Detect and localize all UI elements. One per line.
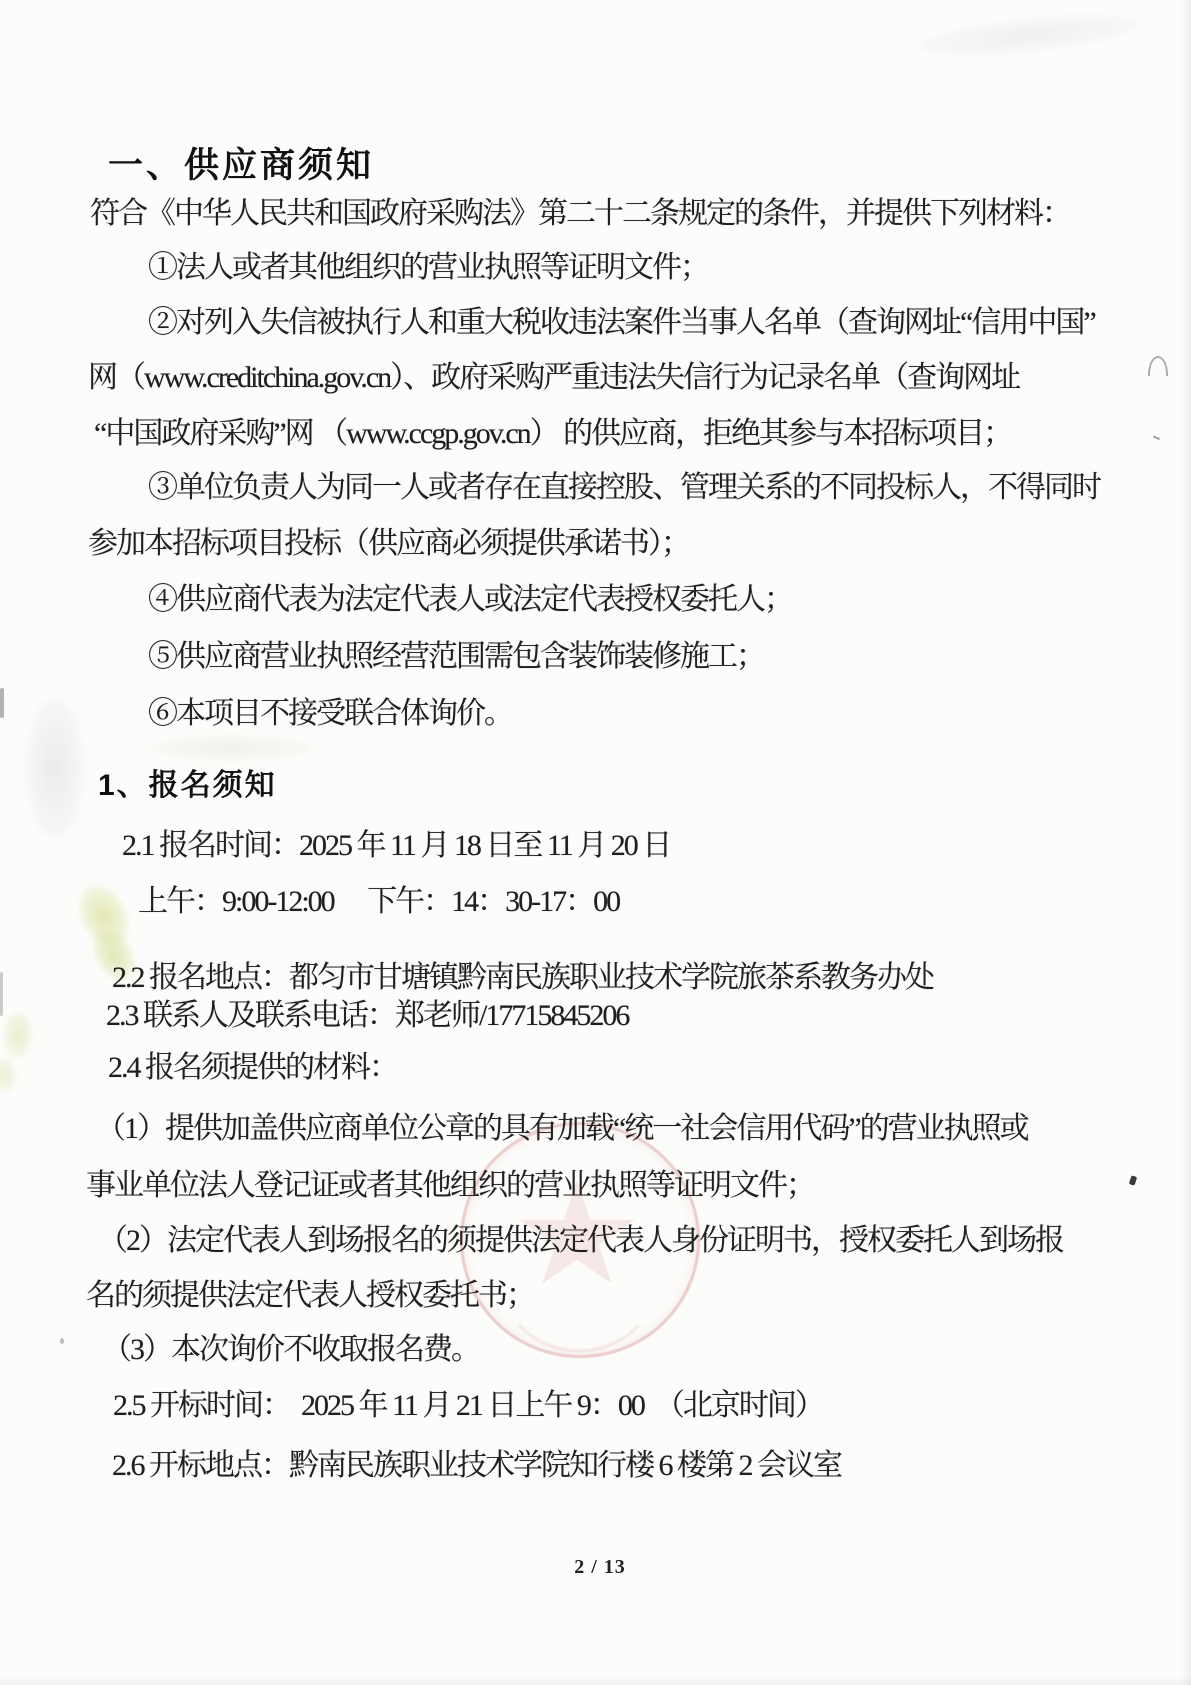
document-line: ②对列入失信被执行人和重大税收违法案件当事人名单（查询网址“信用中国” <box>148 297 1095 341</box>
document-line: （3）本次询价不收取报名费。 <box>102 1324 479 1368</box>
section-1-heading: 一、供应商须知 <box>108 138 374 188</box>
document-line: 2.4 报名须提供的材料： <box>108 1042 397 1086</box>
document-line: 网（www.creditchina.gov.cn）、政府采购严重违法失信行为记录… <box>88 352 1019 396</box>
document-line: （1）提供加盖供应商单位公章的具有加载“统一社会信用代码”的营业执照或 <box>96 1103 1028 1147</box>
document-line: 2.1 报名时间：2025 年 11 月 18 日至 11 月 20 日 <box>122 820 670 864</box>
scanned-document-page: 一、供应商须知 符合《中华人民共和国政府采购法》第二十二条规定的条件，并提供下列… <box>0 0 1191 1685</box>
document-line: ③单位负责人为同一人或者存在直接控股、管理关系的不同投标人，不得同时 <box>148 462 1100 506</box>
scan-smudge <box>150 735 310 761</box>
document-line: 2.6 开标地点：黔南民族职业技术学院知行楼 6 楼第 2 会议室 <box>112 1440 841 1484</box>
document-line: 2.5 开标时间： 2025 年 11 月 21 日上午 9：00 （北京时间） <box>113 1380 823 1424</box>
document-line: 参加本招标项目投标（供应商必须提供承诺书）； <box>88 518 689 562</box>
scan-stain <box>0 1058 16 1092</box>
scan-edge-shadow <box>0 1677 1191 1685</box>
scan-artifact <box>60 1338 64 1344</box>
document-line: 符合《中华人民共和国政府采购法》第二十二条规定的条件，并提供下列材料： <box>90 188 1070 232</box>
scan-stain <box>4 1012 32 1058</box>
page-number: 2 / 13 <box>540 1556 660 1579</box>
document-line: （2）法定代表人到场报名的须提供法定代表人身份证明书，授权委托人到场报 <box>98 1215 1063 1259</box>
document-line: 名的须提供法定代表人授权委托书； <box>86 1270 534 1314</box>
scan-artifact <box>1153 431 1162 440</box>
scan-artifact <box>1129 1175 1137 1185</box>
document-line: ⑤供应商营业执照经营范围需包含装饰装修施工； <box>148 631 764 675</box>
document-line: ①法人或者其他组织的营业执照等证明文件； <box>148 242 708 286</box>
section-2-heading: 1、报名须知 <box>98 760 277 804</box>
document-line: “中国政府采购”网 （www.ccgp.gov.cn） 的供应商，拒绝其参与本招… <box>94 408 1011 452</box>
scan-edge-mark <box>0 688 4 718</box>
document-line: ④供应商代表为法定代表人或法定代表授权委托人； <box>148 574 792 618</box>
scan-edge-shadow <box>1181 0 1191 1685</box>
scan-smudge <box>919 7 1141 64</box>
scan-smudge <box>26 698 84 838</box>
scan-artifact <box>1148 356 1168 376</box>
document-line: 事业单位法人登记证或者其他组织的营业执照等证明文件； <box>86 1160 814 1204</box>
document-line: ⑥本项目不接受联合体询价。 <box>148 688 512 732</box>
scan-edge-mark <box>0 972 3 1016</box>
document-line: 2.3 联系人及联系电话：郑老师/17715845206 <box>106 990 628 1034</box>
document-line: 上午：9:00-12:00 下午：14：30-17：00 <box>138 876 619 920</box>
